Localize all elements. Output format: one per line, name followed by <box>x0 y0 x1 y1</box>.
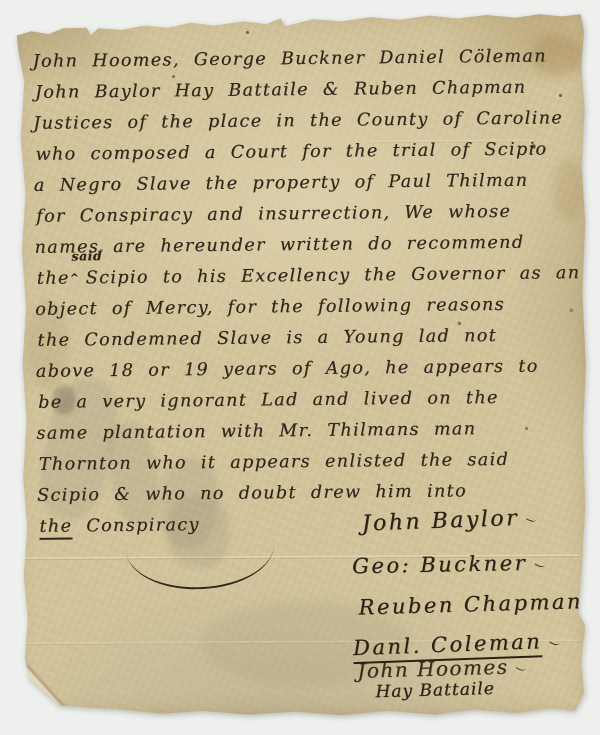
signature: Reuben Chapman <box>358 589 600 620</box>
signature: Hay Battaile <box>375 679 495 702</box>
signature-name: John Baylor <box>361 506 519 537</box>
manuscript-page: John Hoomes, George Buckner Daniel Cölem… <box>0 0 600 735</box>
signature-name: Hay Battaile <box>375 679 495 702</box>
signature-name: Geo: Buckner <box>352 551 527 578</box>
pen-flourish-icon <box>516 661 529 673</box>
signature: John Baylor <box>361 505 536 536</box>
pen-flourish-icon <box>590 595 600 607</box>
pen-flourish-icon <box>534 557 547 569</box>
signature-name: Reuben Chapman <box>358 589 583 619</box>
signature: John Hoomes <box>357 654 526 683</box>
paper-shadow: John Hoomes, George Buckner Daniel Cölem… <box>0 0 600 735</box>
pen-flourish-icon <box>526 512 538 524</box>
pen-flourish-icon <box>549 635 561 647</box>
ink-speck-icon <box>11 10 12 11</box>
signature: Geo: Buckner <box>352 551 544 579</box>
signature-block: John BaylorGeo: BucknerReuben ChapmanDan… <box>7 7 594 721</box>
paper: John Hoomes, George Buckner Daniel Cölem… <box>11 10 591 718</box>
